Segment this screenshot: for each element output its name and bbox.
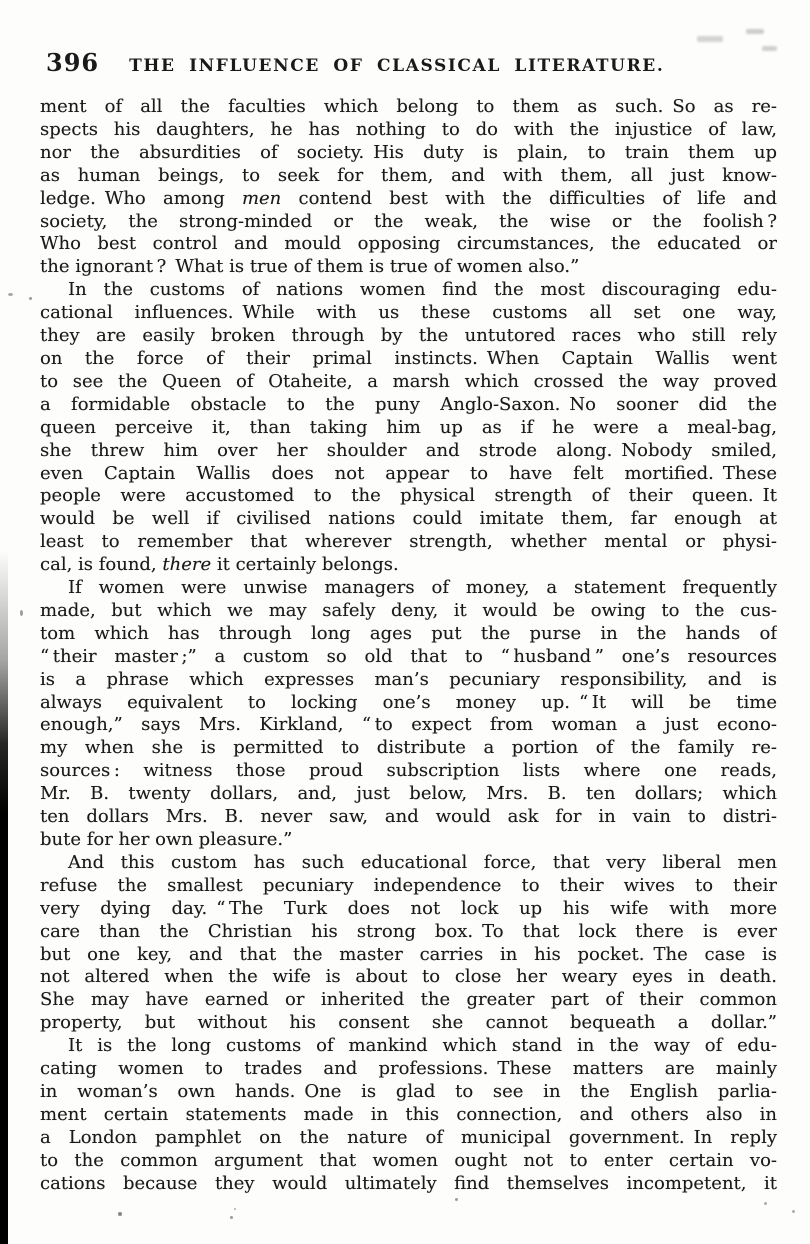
book-page: 396 THE INFLUENCE OF CLASSICAL LITERATUR… xyxy=(0,0,810,1244)
text-line: It is the long customs of mankind which … xyxy=(40,1035,777,1058)
scan-smudge xyxy=(746,29,764,34)
text-line: ment certain statements made in this con… xyxy=(40,1104,777,1127)
text-line: ten dollars Mrs. B. never saw, and would… xyxy=(40,806,777,829)
text-line: cal, is found, there it certainly belong… xyxy=(40,554,777,577)
text-line: made, but which we may safely deny, it w… xyxy=(40,600,777,623)
text-line: property, but without his consent she ca… xyxy=(40,1012,777,1035)
text-line: a formidable obstacle to the puny Anglo-… xyxy=(40,394,777,417)
text-line: cations because they would ultimately fi… xyxy=(40,1173,777,1196)
text-line: even Captain Wallis does not appear to h… xyxy=(40,463,777,486)
text-line: And this custom has such educational for… xyxy=(40,852,777,875)
text-line: as human beings, to seek for them, and w… xyxy=(40,165,777,188)
scan-speck xyxy=(764,1202,767,1205)
text-line: in woman’s own hands. One is glad to see… xyxy=(40,1081,777,1104)
text-line: least to remember that wherever strength… xyxy=(40,531,777,554)
text-line: enough,” says Mrs. Kirkland, “ to expect… xyxy=(40,714,777,737)
paragraph: It is the long customs of mankind which … xyxy=(40,1035,777,1195)
text-line: tom which has through long ages put the … xyxy=(40,623,777,646)
text-line: they are easily broken through by the un… xyxy=(40,325,777,348)
text-line: to the common argument that women ought … xyxy=(40,1150,777,1173)
text-line: but one key, and that the master carries… xyxy=(40,944,777,967)
paragraph: And this custom has such educational for… xyxy=(40,852,777,1035)
text-line: not altered when the wife is about to cl… xyxy=(40,966,777,989)
scan-speck xyxy=(118,1212,122,1216)
text-line: very dying day. “ The Turk does not lock… xyxy=(40,898,777,921)
scan-speck xyxy=(455,1198,458,1201)
paragraph: In the customs of nations women find the… xyxy=(40,279,777,577)
text-line: a London pamphlet on the nature of munic… xyxy=(40,1127,777,1150)
text-line: Mr. B. twenty dollars, and, just below, … xyxy=(40,783,777,806)
text-line: she threw him over her shoulder and stro… xyxy=(40,440,777,463)
text-line: to see the Queen of Otaheite, a marsh wh… xyxy=(40,371,777,394)
text-line: my when she is permitted to distribute a… xyxy=(40,737,777,760)
text-line: on the force of their primal instincts. … xyxy=(40,348,777,371)
scan-smudge xyxy=(762,46,777,51)
scan-speck xyxy=(8,293,13,296)
text-line: ledge. Who among men contend best with t… xyxy=(40,188,777,211)
text-line: is a phrase which expresses man’s pecuni… xyxy=(40,669,777,692)
text-line: “ their master ;” a custom so old that t… xyxy=(40,646,777,669)
text-line: nor the absurdities of society. His duty… xyxy=(40,142,777,165)
scan-speck xyxy=(230,1216,233,1219)
text-line: care than the Christian his strong box. … xyxy=(40,921,777,944)
text-line: She may have earned or inherited the gre… xyxy=(40,989,777,1012)
text-line: the ignorant ? What is true of them is t… xyxy=(40,256,777,279)
scan-speck xyxy=(234,1208,236,1210)
scan-speck xyxy=(792,1210,795,1213)
text-line: In the customs of nations women find the… xyxy=(40,279,777,302)
scan-smudge xyxy=(697,36,723,42)
text-line: cational influences. While with us these… xyxy=(40,302,777,325)
text-line: If women were unwise managers of money, … xyxy=(40,577,777,600)
text-line: bute for her own pleasure.” xyxy=(40,829,777,852)
scan-gutter-shadow xyxy=(0,550,8,1244)
text-line: cating women to trades and professions. … xyxy=(40,1058,777,1081)
page-number: 396 xyxy=(46,48,99,77)
page-header: 396 THE INFLUENCE OF CLASSICAL LITERATUR… xyxy=(46,48,770,77)
text-line: spects his daughters, he has nothing to … xyxy=(40,119,777,142)
text-line: always equivalent to locking one’s money… xyxy=(40,692,777,715)
text-line: queen perceive it, than taking him up as… xyxy=(40,417,777,440)
text-line: refuse the smallest pecuniary independen… xyxy=(40,875,777,898)
paragraph: If women were unwise managers of money, … xyxy=(40,577,777,852)
text-line: society, the strong-minded or the weak, … xyxy=(40,211,777,234)
text-line: Who best control and mould opposing circ… xyxy=(40,233,777,256)
text-line: ment of all the faculties which belong t… xyxy=(40,96,777,119)
scan-speck xyxy=(20,610,23,616)
text-line: sources : witness those proud subscripti… xyxy=(40,760,777,783)
text-line: would be well if civilised nations could… xyxy=(40,508,777,531)
paragraph: ment of all the faculties which belong t… xyxy=(40,96,777,279)
page-text: ment of all the faculties which belong t… xyxy=(40,96,777,1196)
scan-speck xyxy=(29,297,32,300)
running-title: THE INFLUENCE OF CLASSICAL LITERATURE. xyxy=(129,56,664,76)
text-line: people were accustomed to the physical s… xyxy=(40,485,777,508)
